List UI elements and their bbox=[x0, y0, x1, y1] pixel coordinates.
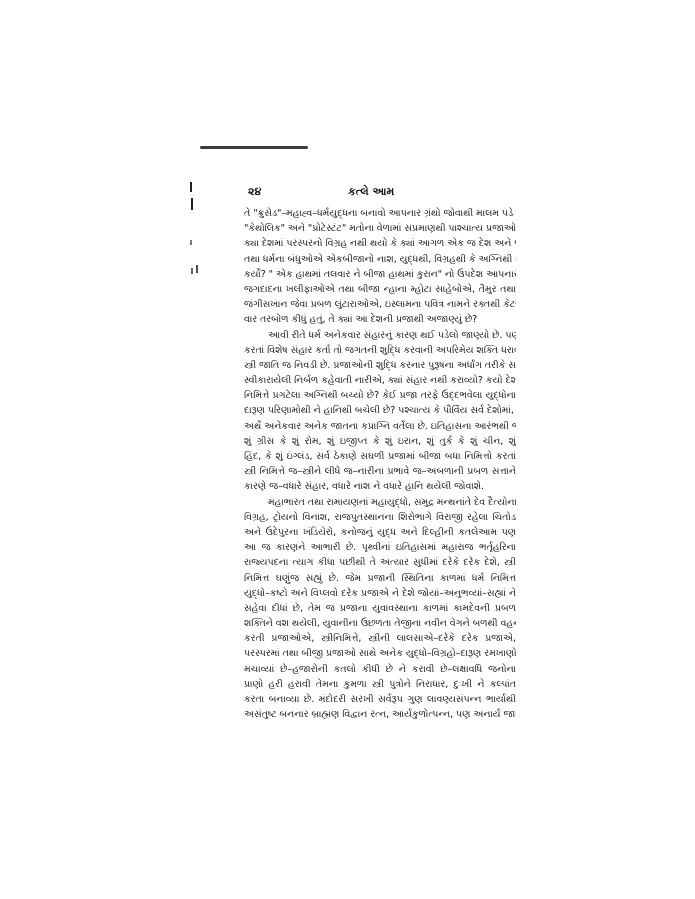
paragraph-3: મહાભારત તથા રામાયણનાં મહાયુદ્ધો, સમુદ્ર … bbox=[244, 495, 516, 723]
page-number: ૨૪ bbox=[248, 185, 261, 199]
text-line: સ્વીકારાયેલી નિર્બળ કહેવાતી નારીએ, ક્યાં… bbox=[244, 373, 516, 388]
text-line: આ જ કારણને આભારી છે. પૃથ્વીનાં ઇતિહાસમાં… bbox=[244, 540, 516, 555]
text-line: તે "ક્રુસેડ"–મહાહ્વ–ધર્મયુદ્ધના બનાવો આપ… bbox=[244, 206, 516, 221]
text-line: કારણે જ–વધારે સંહાર, વધારે નાશ ને વધારે … bbox=[244, 479, 516, 494]
text-line: શક્તિને વશ થયેલી, યુવાનીના ઉછળતા તેજીના … bbox=[244, 616, 516, 631]
text-line: વાર તરબોળ કીધું હતું, તે ક્યાં આ દેશની પ… bbox=[244, 312, 516, 327]
text-line: સહેવા દીધાં છે, તેમ જ પ્રજાના યુવાવસ્થાન… bbox=[244, 601, 516, 616]
text-line: શું ગ્રીસ કે શું રોમ, શું ઇજીપ્ત કે શું … bbox=[244, 434, 516, 449]
text-line: યુદ્ધો–કષ્ટો અને વિપ્લવો દરેક પ્રજાએ ને … bbox=[244, 586, 516, 601]
text-line: સ્ત્રી જાતિ જ નિવડી છે. પ્રજાઓની શુદ્ધિ … bbox=[244, 358, 516, 373]
text-line: આવી રીતે ધર્મ અનેકવાર સંહારનું કારણ થઈ પ… bbox=[244, 328, 516, 343]
text-line: મહાભારત તથા રામાયણનાં મહાયુદ્ધો, સમુદ્ર … bbox=[244, 495, 516, 510]
text-line: અને ઉદેપુરના ખંડિયેરો, કનોજનું યુદ્ધ અને… bbox=[244, 525, 516, 540]
text-line: અર્થે અનેકવાર અનેક જાતના કપ્રાગ્નિ વર્તે… bbox=[244, 419, 516, 434]
text-line: રાજ્યપદના ત્યાગ કીધા પછીથી તે અત્યાર સુધ… bbox=[244, 555, 516, 570]
text-line: મચાવ્યાં છે–હજારોની કતલો કીધી છે ને કરાવ… bbox=[244, 662, 516, 677]
text-line: અસંતુષ્ટ બનનાર બ્રાહ્મણ વિદ્વાન રત્ન, આર… bbox=[244, 707, 516, 722]
scan-artifact-rule bbox=[200, 146, 308, 149]
text-line: પ્રાણો હરી હરાવી તેમના કુમળા સ્ત્રી પુત્… bbox=[244, 677, 516, 692]
paragraph-2: આવી રીતે ધર્મ અનેકવાર સંહારનું કારણ થઈ પ… bbox=[244, 328, 516, 495]
body-text: તે "ક્રુસેડ"–મહાહ્વ–ધર્મયુદ્ધના બનાવો આપ… bbox=[244, 206, 516, 722]
text-line: કર્યો? " એક હાથમાં તલવાર ને બીજા હાથમાં … bbox=[244, 267, 516, 282]
page-header: ૨૪ કત્લે આમ bbox=[240, 185, 515, 203]
text-line: ક્યા દેશમાં પરસ્પરનો વિગ્રહ નથી થયો કે ક… bbox=[244, 236, 516, 251]
text-line: તથા ધર્મના બંધુઓએ એકબીજાનો નાશ, યુદ્ધથી,… bbox=[244, 252, 516, 267]
text-line: વિગ્રહ, ટ્રોયનો વિનાશ, રાજપુતસ્થાનના શિર… bbox=[244, 510, 516, 525]
margin-scan-marks bbox=[190, 170, 200, 290]
text-line: કરતા બનાવ્યા છે. મંદોદરી સરખી સર્વરૂપ ગુ… bbox=[244, 692, 516, 707]
text-line: દારૂણ પરિણામોથી ને હાનિથી બચેલી છે? પશ્ચ… bbox=[244, 403, 516, 418]
text-line: "કેથોલિક" અને "પ્રોટેસ્ટંટ" મતોના વેળામા… bbox=[244, 221, 516, 236]
running-title: કત્લે આમ bbox=[348, 185, 394, 199]
text-line: સ્ત્રી નિમિત્તે જ–સ્ત્રીને લીધે જ–નારીના… bbox=[244, 464, 516, 479]
text-line: કરતી પ્રજાઓએ, સ્ત્રીનિમિત્તે, સ્ત્રીની લ… bbox=[244, 631, 516, 646]
text-line: નિમિત્તે પ્રગટેલા અગ્નિથી બચ્યો છે? કેઈ … bbox=[244, 388, 516, 403]
text-line: નિમિત્ત ઘણુંજ સહ્યું છે. જેમ પ્રજાની સ્થ… bbox=[244, 571, 516, 586]
text-line: જંગીસખાન જેવા પ્રબળ લુંટારાઓએ, ઇસ્લામના … bbox=[244, 297, 516, 312]
text-line: હિંદ, કે શું ઇંગ્લંડ, સર્વ ઠેકાણે સઘળી પ… bbox=[244, 449, 516, 464]
text-line: જગદાદના ખલીફાઓએ તથા બીજા ન્હાના મ્હોટા સ… bbox=[244, 282, 516, 297]
paragraph-1: તે "ક્રુસેડ"–મહાહ્વ–ધર્મયુદ્ધના બનાવો આપ… bbox=[244, 206, 516, 328]
text-line: કરતાં વિશેષ સંહાર કર્તા તો જગતની શુદ્ધિ … bbox=[244, 343, 516, 358]
text-line: પરસ્પરમાં તથા બીજી પ્રજાઓ સાથે અનેક યુદ્… bbox=[244, 646, 516, 661]
